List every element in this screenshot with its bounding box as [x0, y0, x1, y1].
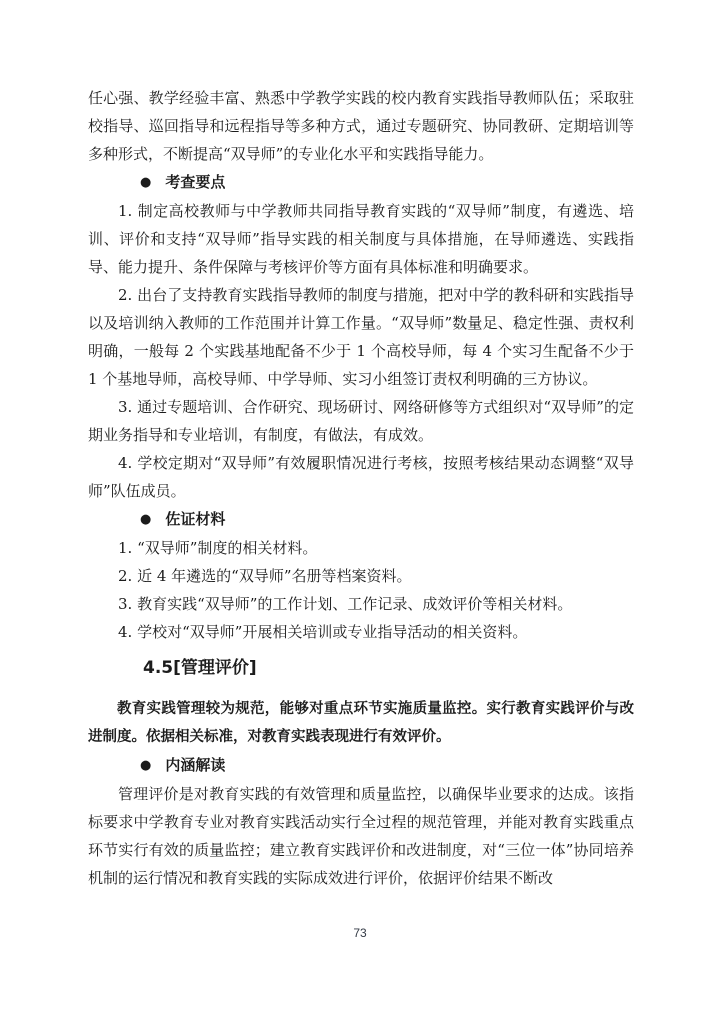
evidence-item: 2. 近 4 年遴选的“双导师”名册等档案资料。	[88, 562, 634, 590]
exam-point-item: 1. 制定高校教师与中学教师共同指导教育实践的“双导师”制度，有遴选、培训、评价…	[88, 197, 634, 281]
connotation-paragraph: 管理评价是对教育实践的有效管理和质量监控，以确保毕业要求的达成。该指标要求中学教…	[88, 780, 634, 892]
evidence-item: 3. 教育实践“双导师”的工作计划、工作记录、成效评价等相关材料。	[88, 590, 634, 618]
page-number: 73	[0, 926, 720, 940]
page-body: 任心强、教学经验丰富、熟悉中学教学实践的校内教育实践指导教师队伍；采取驻校指导、…	[88, 84, 634, 892]
evidence-item: 1. “双导师”制度的相关材料。	[88, 534, 634, 562]
heading-exam-points: ●考查要点	[88, 168, 634, 197]
document-page: 任心强、教学经验丰富、熟悉中学教学实践的校内教育实践指导教师队伍；采取驻校指导、…	[0, 0, 720, 1018]
heading-evidence-materials: ●佐证材料	[88, 505, 634, 534]
section-4-5-summary: 教育实践管理较为规范，能够对重点环节实施质量监控。实行教育实践评价与改进制度。依…	[88, 695, 634, 751]
exam-point-item: 3. 通过专题培训、合作研究、现场研讨、网络研修等方式组织对“双导师”的定期业务…	[88, 393, 634, 449]
paragraph-continued: 任心强、教学经验丰富、熟悉中学教学实践的校内教育实践指导教师队伍；采取驻校指导、…	[88, 84, 634, 168]
exam-point-item: 2. 出台了支持教育实践指导教师的制度与措施，把对中学的教科研和实践指导以及培训…	[88, 281, 634, 393]
bullet-icon: ●	[140, 752, 151, 780]
heading-connotation-label: 内涵解读	[165, 756, 225, 774]
heading-exam-points-label: 考查要点	[165, 173, 225, 191]
heading-connotation: ●内涵解读	[88, 751, 634, 780]
evidence-item: 4. 学校对“双导师”开展相关培训或专业指导活动的相关资料。	[88, 618, 634, 646]
bullet-icon: ●	[140, 169, 151, 197]
heading-evidence-materials-label: 佐证材料	[165, 510, 225, 528]
heading-section-4-5: 4.5[管理评价]	[88, 656, 634, 680]
bullet-icon: ●	[140, 506, 151, 534]
exam-point-item: 4. 学校定期对“双导师”有效履职情况进行考核，按照考核结果动态调整“双导师”队…	[88, 449, 634, 505]
